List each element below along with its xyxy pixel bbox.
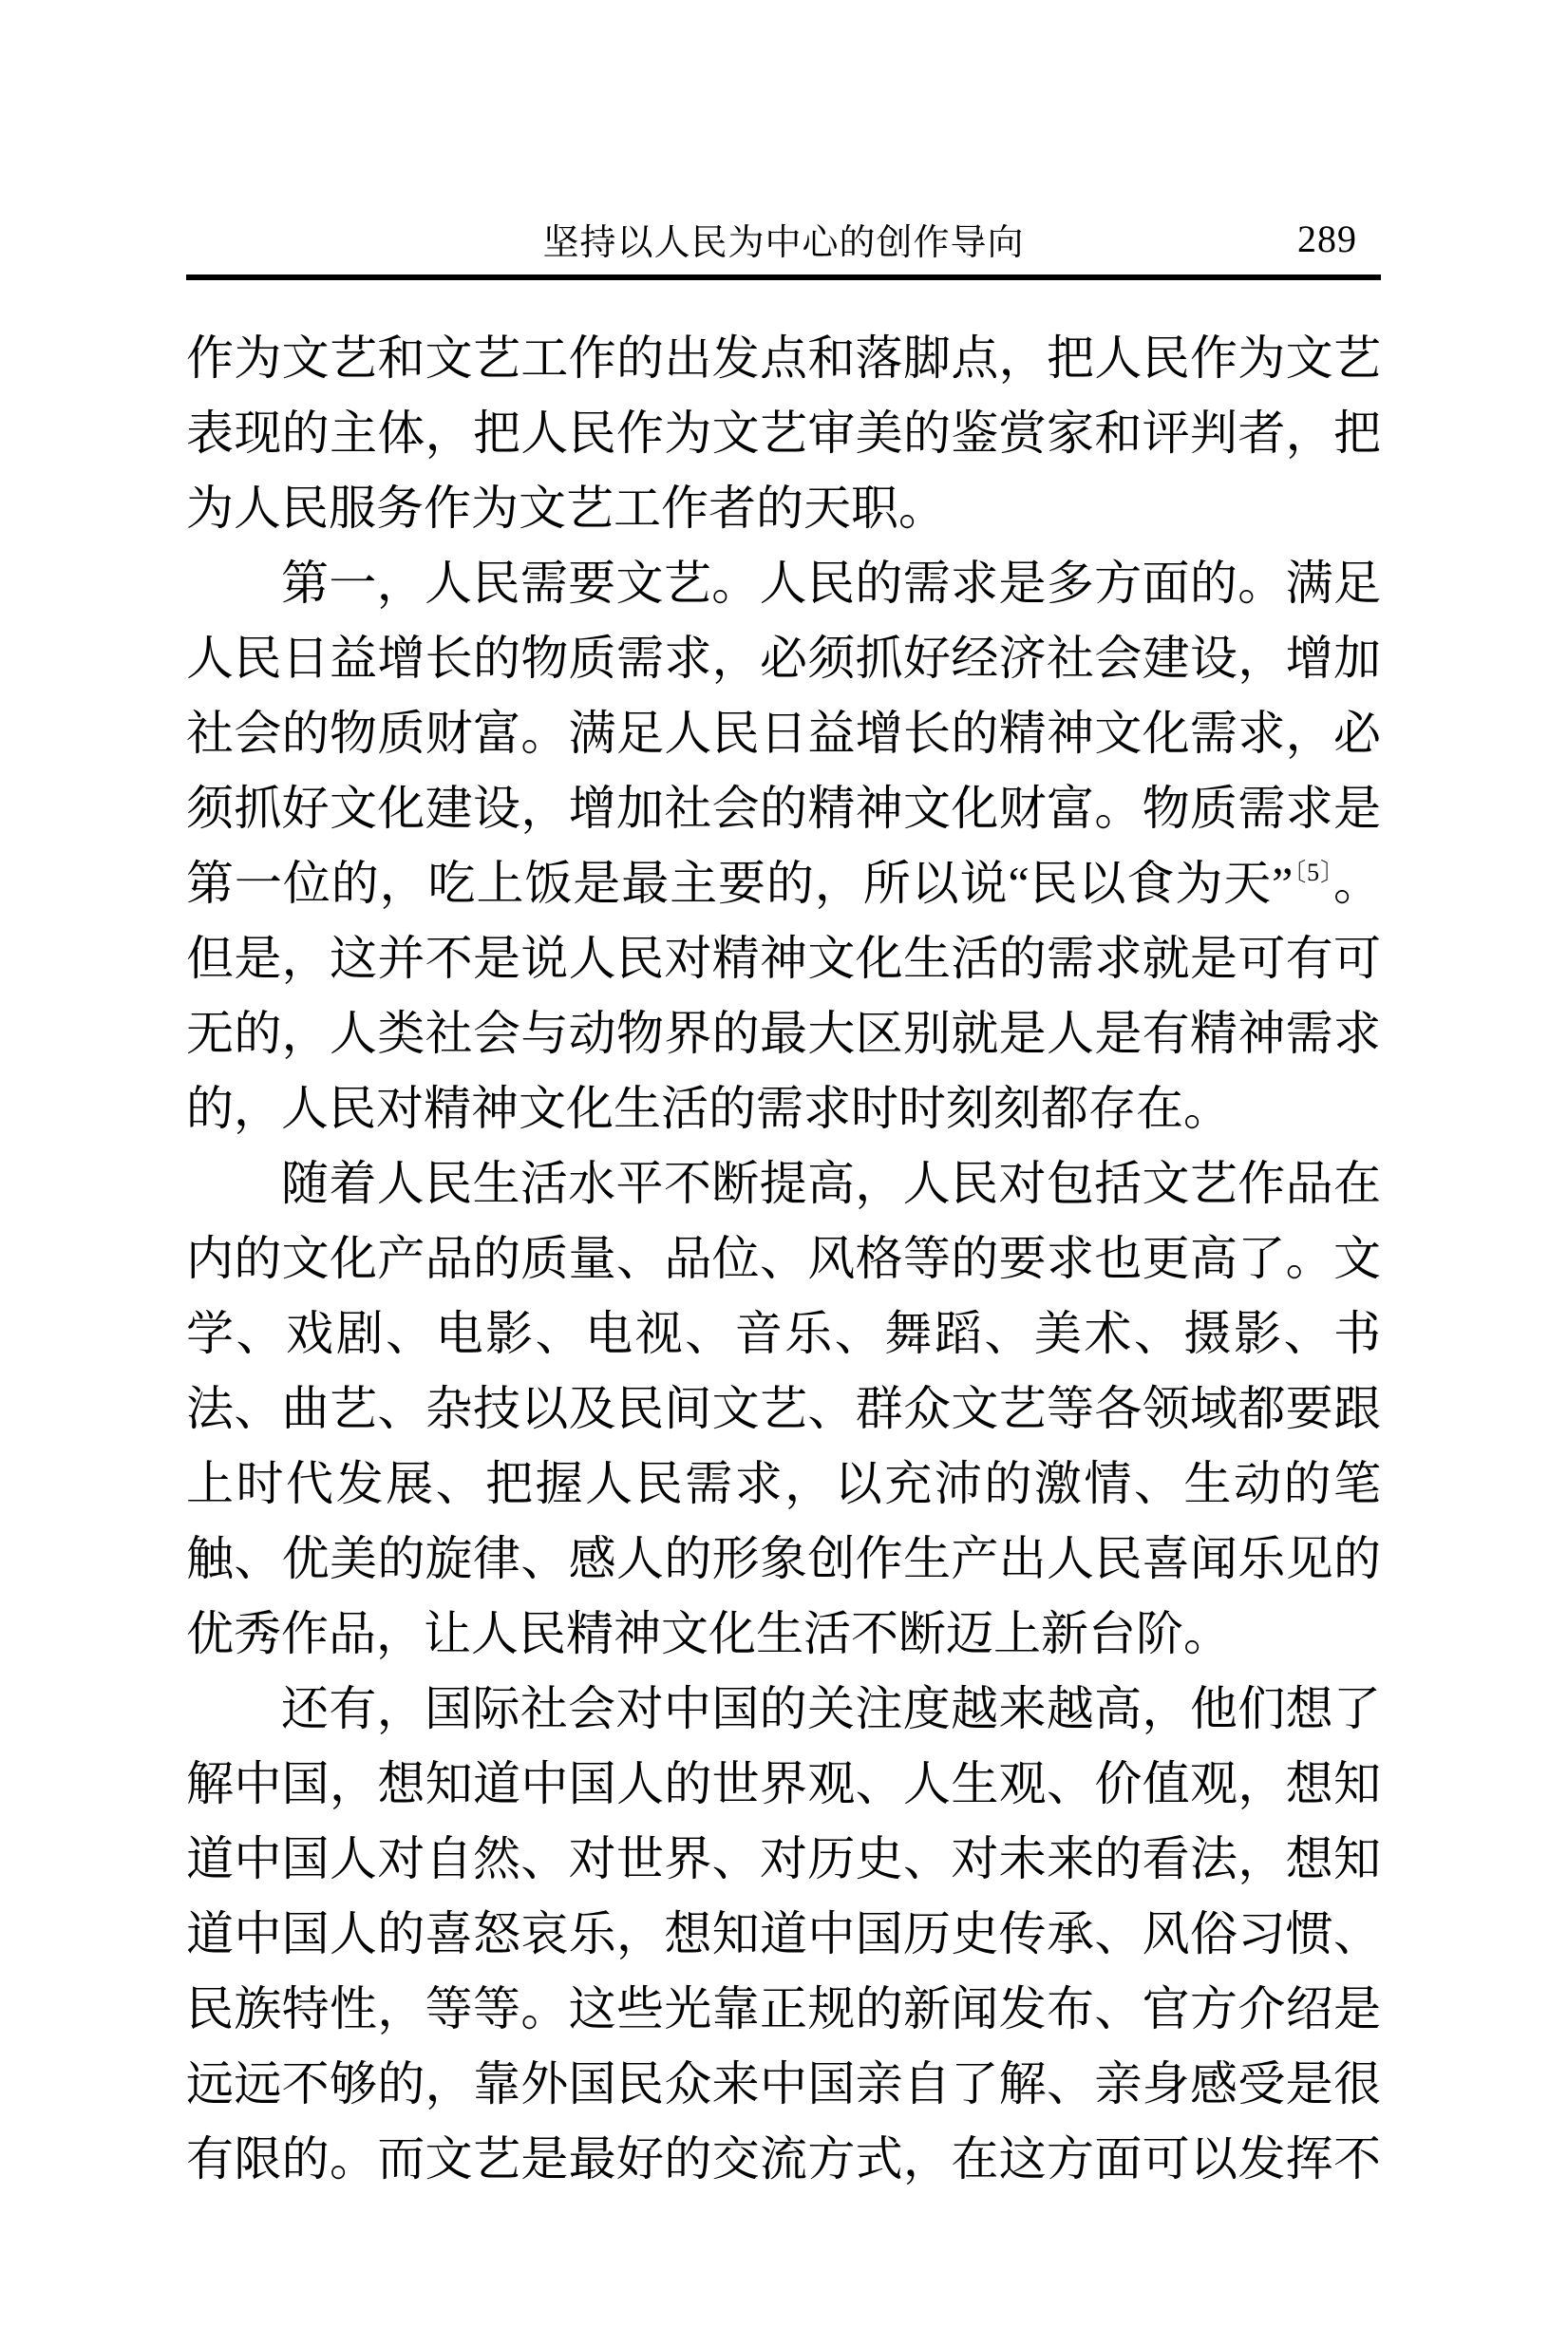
text-line: 上时代发展、把握人民需求，以充沛的激情、生动的笔 [186, 1447, 1381, 1522]
text-line: 表现的主体，把人民作为文艺审美的鉴赏家和评判者，把 [186, 396, 1381, 471]
text-line: 人民日益增长的物质需求，必须抓好经济社会建设，增加 [186, 621, 1381, 696]
text-line: 学、戏剧、电影、电视、音乐、舞蹈、美术、摄影、书 [186, 1297, 1381, 1372]
running-head: 坚持以人民为中心的创作导向 [186, 213, 1381, 265]
footnote-ref: 〔5〕 [1293, 859, 1333, 886]
text-line: 法、曲艺、杂技以及民间文艺、群众文艺等各领域都要跟 [186, 1372, 1381, 1447]
text-line: 触、优美的旋律、感人的形象创作生产出人民喜闻乐见的 [186, 1522, 1381, 1597]
text-line: 无的，人类社会与动物界的最大区别就是人是有精神需求 [186, 996, 1381, 1071]
text-line: 内的文化产品的质量、品位、风格等的要求也更高了。文 [186, 1221, 1381, 1297]
text-line: 民族特性，等等。这些光靠正规的新闻发布、官方介绍是 [186, 1972, 1381, 2047]
text-line: 须抓好文化建设，增加社会的精神文化财富。物质需求是 [186, 771, 1381, 846]
text-line: 作为文艺和文艺工作的出发点和落脚点，把人民作为文艺 [186, 321, 1381, 396]
text-line: 第一位的，吃上饭是最主要的，所以说“民以食为天”〔5〕。 [186, 846, 1381, 921]
text-line: 为人民服务作为文艺工作者的天职。 [186, 471, 1381, 546]
text-line: 但是，这并不是说人民对精神文化生活的需求就是可有可 [186, 921, 1381, 996]
text-line: 道中国人的喜怒哀乐，想知道中国历史传承、风俗习惯、 [186, 1897, 1381, 1972]
book-page: 坚持以人民为中心的创作导向 289 作为文艺和文艺工作的出发点和落脚点，把人民作… [0, 0, 1568, 2347]
header-rule [186, 274, 1381, 280]
text-line: 道中国人对自然、对世界、对历史、对未来的看法，想知 [186, 1822, 1381, 1897]
text-line: 有限的。而文艺是最好的交流方式，在这方面可以发挥不 [186, 2122, 1381, 2197]
text-line: 的，人民对精神文化生活的需求时时刻刻都存在。 [186, 1071, 1381, 1146]
text-line: 随着人民生活水平不断提高，人民对包括文艺作品在 [186, 1146, 1381, 1221]
text-line: 远远不够的，靠外国民众来中国亲自了解、亲身感受是很 [186, 2047, 1381, 2122]
text-line: 第一，人民需要文艺。人民的需求是多方面的。满足 [186, 546, 1381, 621]
text-segment: 第一位的，吃上饭是最主要的，所以说“民以食为天” [186, 857, 1293, 910]
text-line: 社会的物质财富。满足人民日益增长的精神文化需求，必 [186, 696, 1381, 771]
page-body: 作为文艺和文艺工作的出发点和落脚点，把人民作为文艺表现的主体，把人民作为文艺审美… [186, 321, 1381, 2197]
text-segment: 。 [1333, 857, 1381, 910]
text-line: 还有，国际社会对中国的关注度越来越高，他们想了 [186, 1672, 1381, 1747]
text-line: 解中国，想知道中国人的世界观、人生观、价值观，想知 [186, 1747, 1381, 1822]
page-number: 289 [1297, 217, 1357, 261]
text-line: 优秀作品，让人民精神文化生活不断迈上新台阶。 [186, 1597, 1381, 1672]
